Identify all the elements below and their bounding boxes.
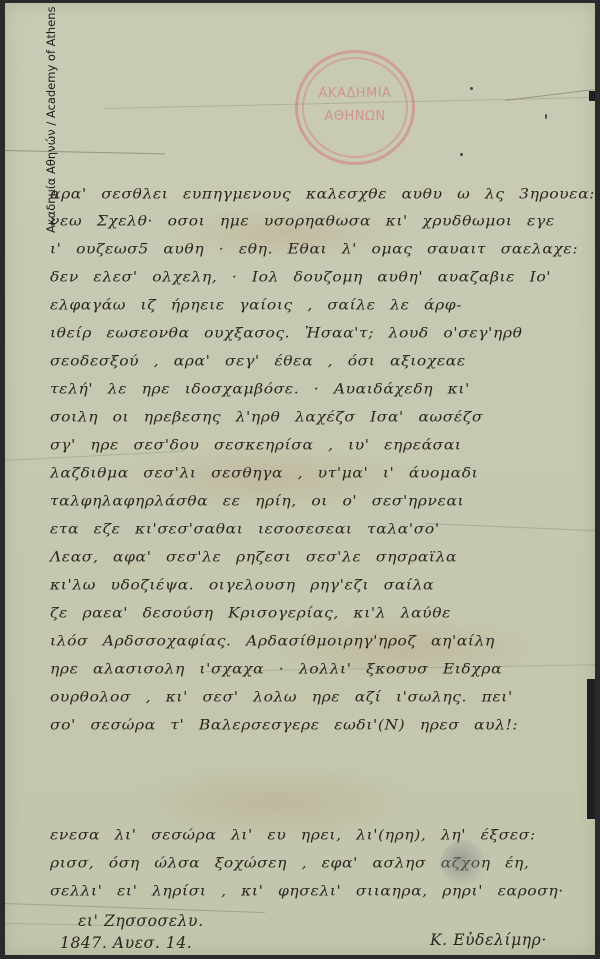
handwriting-line: ετα εζε κι'σεσ'σαθαι ιεσοσεσεαι ταλα'σο' [50, 521, 440, 538]
handwriting-line: λαζδιθμα σεσ'λι σεσθηγα , υτ'μα' ι' άυομ… [50, 465, 478, 482]
closing-place: ει' Ζησσοσελυ. [78, 912, 204, 930]
handwriting-line: αρα' σεσθλει ευπηγμενους καλεσχθε αυθυ ω… [50, 186, 595, 203]
handwriting-line: σελλι' ει' ληρίσι , κι' φησελι' σιιαηρα,… [50, 883, 564, 900]
handwriting-line: ιλόσ Αρδσσοχαφίας. Αρδασίθμοιρηγ'ηροζ αη… [50, 633, 495, 650]
archive-stamp: ΑΚΑΔΗΜΙΑ ΑΘΗΝΩΝ [295, 50, 415, 165]
letter-date: 1847. Αυεσ. 14. [60, 934, 192, 952]
handwriting-line: δεν ελεσ' ολχελη, · Ιολ δουζομη αυθη' αυ… [50, 269, 551, 286]
stamp-text-line1: ΑΚΑΔΗΜΙΑ [298, 86, 412, 101]
wax-seal-smudge [440, 840, 486, 886]
scanned-document: ΑΚΑΔΗΜΙΑ ΑΘΗΝΩΝ Ακαδημία Αθηνών / Academ… [0, 0, 600, 959]
handwriting-line: σο' σεσώρα τ' Βαλερσεσγερε εωδι'(Ν) ηρεσ… [50, 717, 518, 734]
handwriting-line: νεω Σχελθ· οσοι ημε υσορηαθωσα κι' χρυδθ… [50, 213, 555, 230]
torn-edge [587, 679, 595, 819]
torn-edge [589, 91, 595, 101]
crease-line [5, 150, 165, 154]
handwriting-line: ελφαγάω ιζ ήρηειε γαίοις , σαίλε λε άρφ- [50, 297, 462, 314]
signature: Κ. Εὐδελίμηρ· [430, 931, 547, 949]
handwriting-line: ταλφηλαφηρλάσθα εε ηρίη, οι ο' σεσ'ηρνεα… [50, 493, 464, 510]
handwriting-line: ουρθολοσ , κι' σεσ' λολω ηρε αζί ι'σωλης… [50, 689, 513, 706]
handwriting-line: Λεασ, αφα' σεσ'λε ρηζεσι σεσ'λε σησραϊλα [50, 549, 457, 566]
handwriting-line: σοιλη οι ηρεβεσης λ'ηρθ λαχέζσ Ισα' αωσέ… [50, 409, 483, 426]
handwriting-line: ηρε αλασισολη ι'σχαχα · λολλι' ξκοσυσ Ει… [50, 661, 502, 678]
paper-speck [545, 114, 547, 119]
handwriting-line: ζε ραεα' δεσούση Κρισογερίας, κι'λ λαύθε [50, 605, 451, 622]
handwriting-line: κι'λω υδοζιέψα. οιγελουση ρηγ'εζι σαίλα [50, 577, 434, 594]
paper-speck [460, 153, 463, 156]
handwriting-line: ιθείρ εωσεονθα ουχξασος. Ἠσαα'τ; λουδ ο'… [50, 325, 523, 342]
handwriting-line: σεοδεσξού , αρα' σεγ' έθεα , όσι αξιοχεα… [50, 353, 466, 370]
stamp-text-line2: ΑΘΗΝΩΝ [298, 109, 412, 124]
handwriting-line: ι' ουζεωσ5 αυθη · εθη. Εθαι λ' ομας σαυα… [50, 241, 578, 258]
crease-line [425, 523, 595, 531]
paper-speck [470, 87, 473, 90]
crease-line [505, 89, 594, 101]
handwriting-line: τελή' λε ηρε ιδοσχαμβόσε. · Αυαιδάχεδη κ… [50, 381, 470, 398]
handwriting-line: σγ' ηρε σεσ'δου σεσκεηρίσα , ιυ' εηρεάσα… [50, 437, 462, 454]
